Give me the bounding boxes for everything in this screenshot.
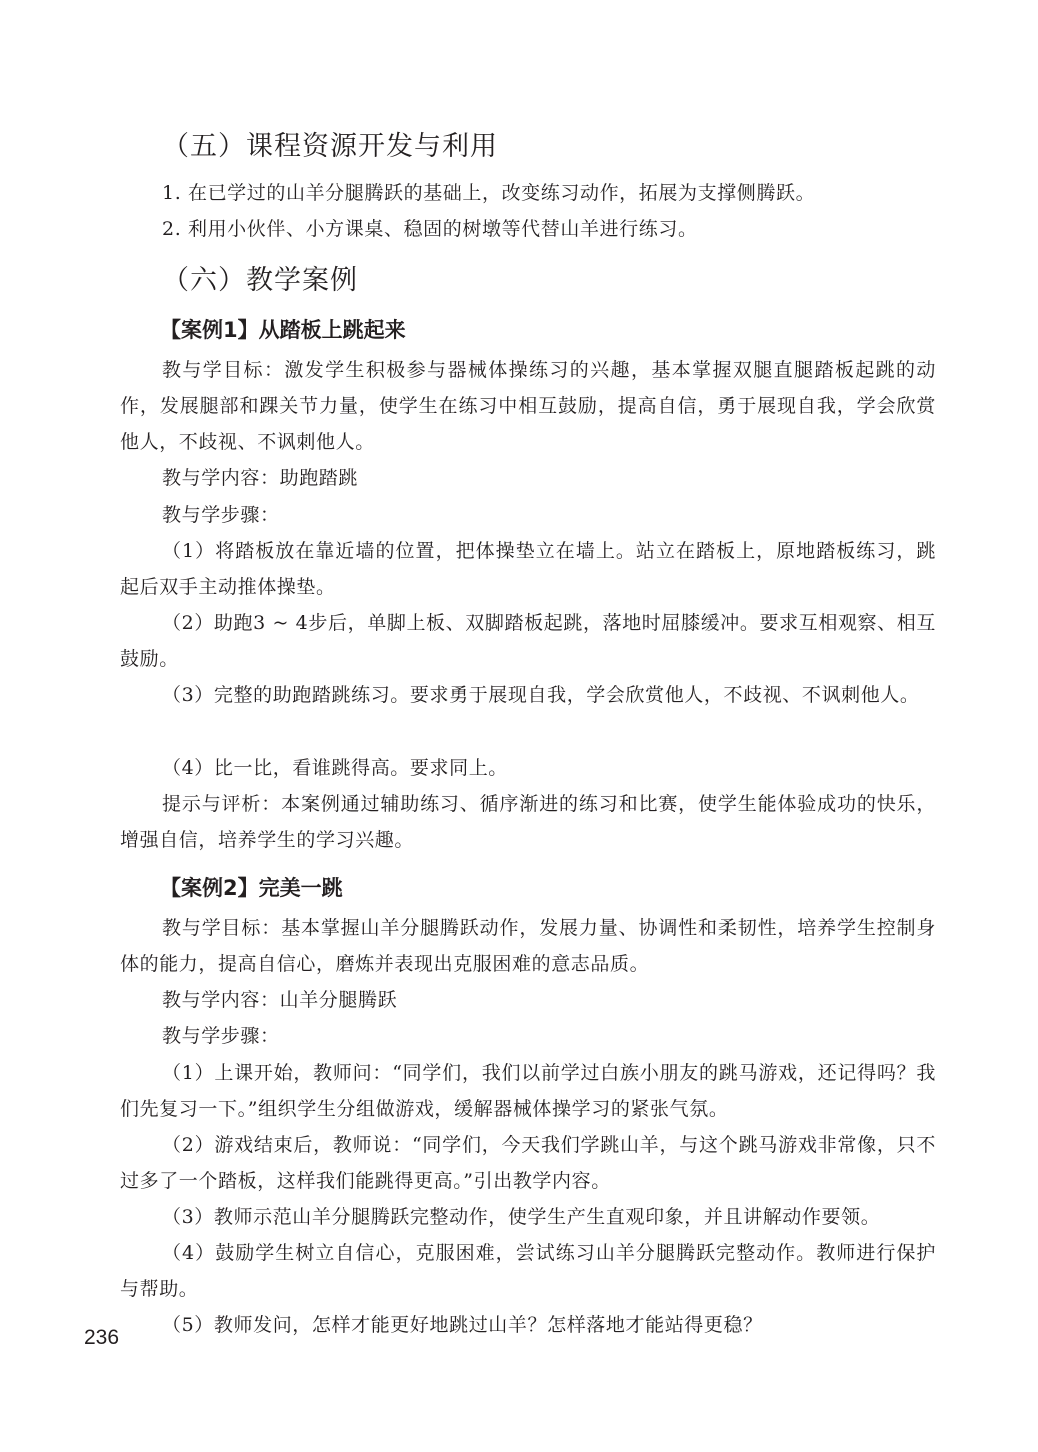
case-1-goal: 教与学目标：激发学生积极参与器械体操练习的兴趣，基本掌握双腿直腿踏板起跳的动作，… — [120, 352, 936, 460]
case-2-goal: 教与学目标：基本掌握山羊分腿腾跃动作，发展力量、协调性和柔韧性，培养学生控制身体… — [120, 910, 936, 982]
case-2-step-5: （5）教师发问，怎样才能更好地跳过山羊？怎样落地才能站得更稳？ — [120, 1307, 936, 1343]
case-1-content: 教与学内容：助跑踏跳 — [120, 460, 936, 496]
section-6-heading: （六）教学案例 — [162, 258, 358, 297]
case-1-step-4: （4）比一比，看谁跳得高。要求同上。 — [120, 750, 936, 786]
case-2-step-2: （2）游戏结束后，教师说：“同学们，今天我们学跳山羊，与这个跳马游戏非常像，只不… — [120, 1127, 936, 1199]
case-1-step-2: （2）助跑3 ~ 4步后，单脚上板、双脚踏板起跳，落地时屈膝缓冲。要求互相观察、… — [120, 605, 936, 677]
case-2-steps-label: 教与学步骤： — [120, 1018, 936, 1054]
resource-item-2: 2. 利用小伙伴、小方课桌、稳固的树墩等代替山羊进行练习。 — [162, 211, 698, 247]
case-2-step-3: （3）教师示范山羊分腿腾跃完整动作，使学生产生直观印象，并且讲解动作要领。 — [120, 1199, 936, 1235]
case-2-step-4: （4）鼓励学生树立自信心，克服困难，尝试练习山羊分腿腾跃完整动作。教师进行保护与… — [120, 1235, 936, 1307]
case-1-tips: 提示与评析：本案例通过辅助练习、循序渐进的练习和比赛，使学生能体验成功的快乐，增… — [120, 786, 936, 858]
case-1-steps-label: 教与学步骤： — [120, 497, 936, 533]
case-2-step-1: （1）上课开始，教师问：“同学们，我们以前学过白族小朋友的跳马游戏，还记得吗？我… — [120, 1055, 936, 1127]
section-5-heading: （五）课程资源开发与利用 — [162, 124, 498, 163]
case-2-content: 教与学内容：山羊分腿腾跃 — [120, 982, 936, 1018]
case-1-step-3: （3）完整的助跑踏跳练习。要求勇于展现自我，学会欣赏他人，不歧视、不讽刺他人。 — [120, 677, 936, 713]
resource-item-1: 1. 在已学过的山羊分腿腾跃的基础上，改变练习动作，拓展为支撑侧腾跃。 — [162, 175, 815, 211]
case-1-step-1: （1）将踏板放在靠近墙的位置，把体操垫立在墙上。站立在踏板上，原地踏板练习，跳起… — [120, 533, 936, 605]
case-2-title: 【案例2】完美一跳 — [160, 872, 343, 902]
page-number: 236 — [84, 1326, 119, 1350]
case-1-title: 【案例1】从踏板上跳起来 — [160, 314, 406, 344]
